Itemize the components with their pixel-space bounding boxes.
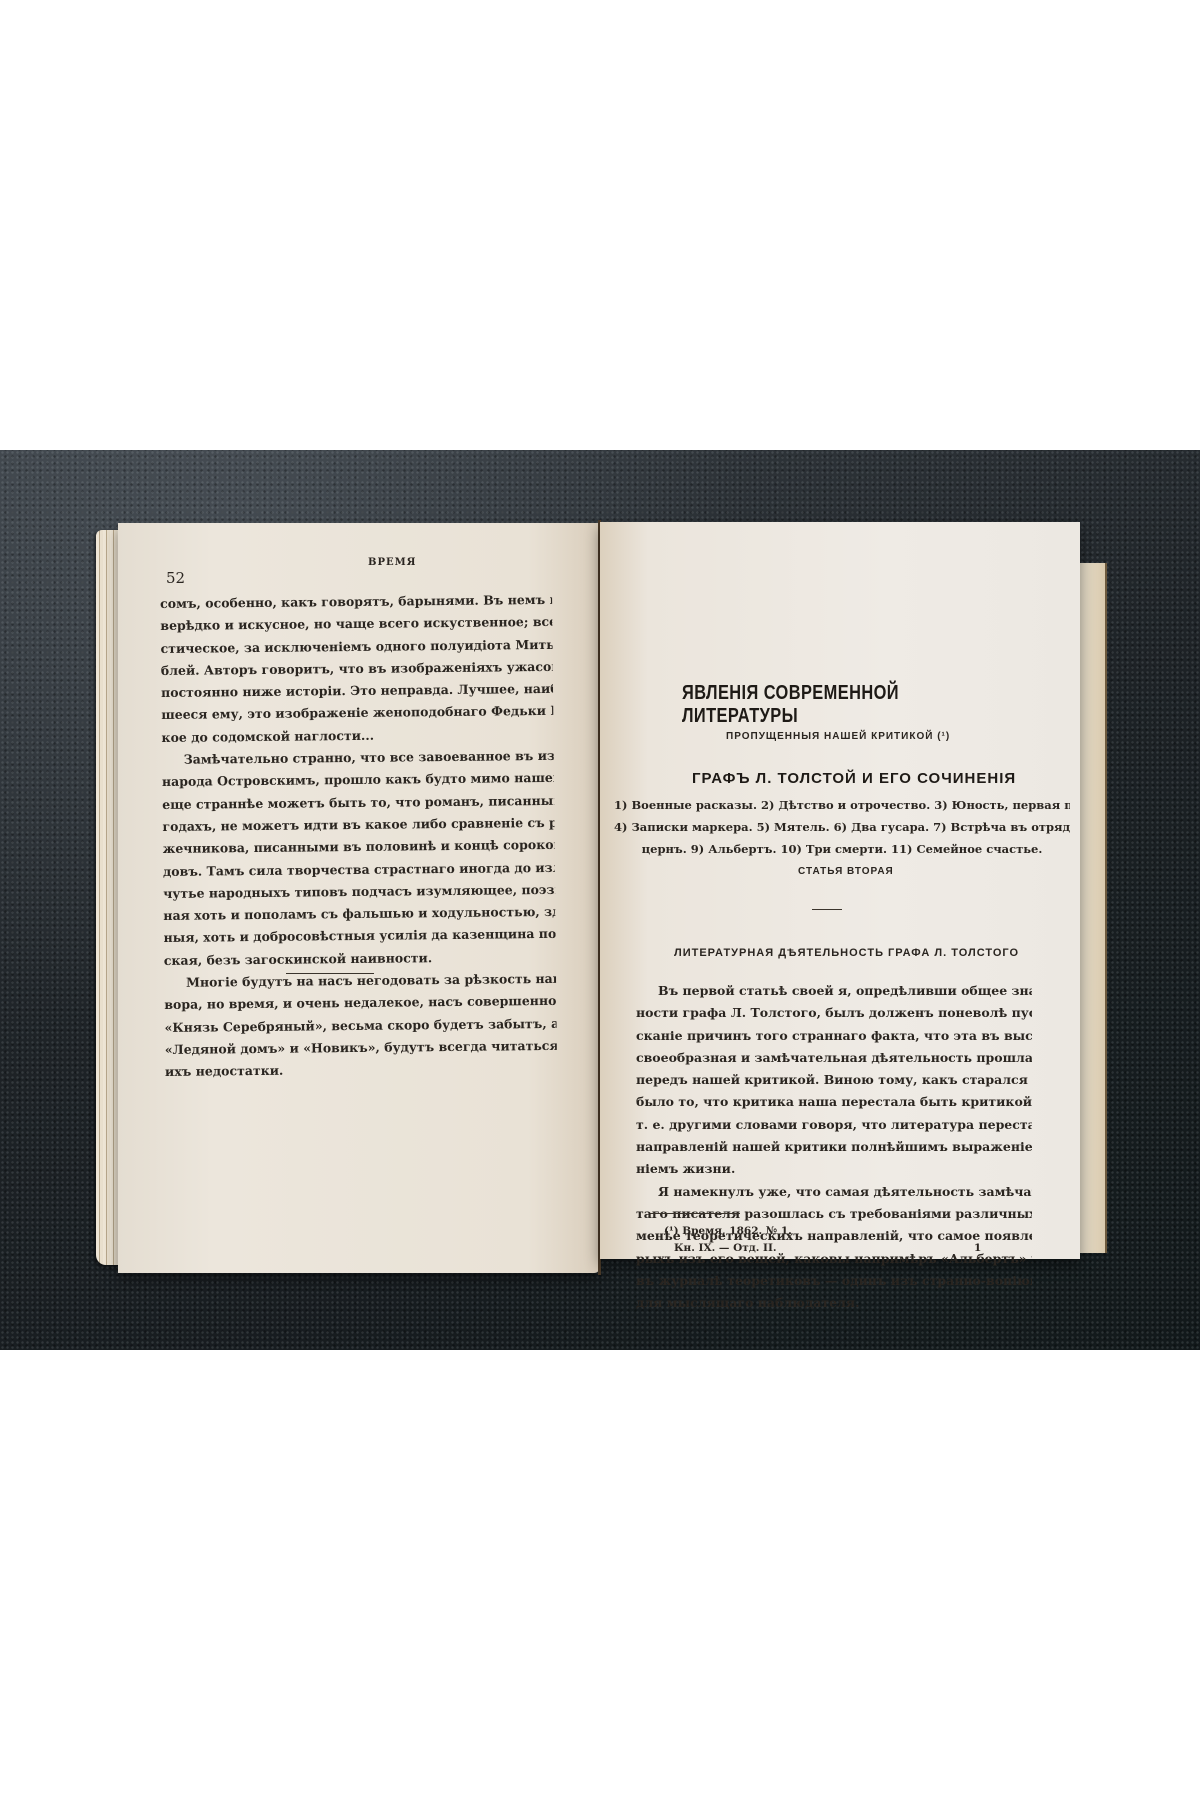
signature-line: Кн. IX. — Отд. II. — [674, 1242, 777, 1254]
text-line: передъ нашей критикой. Виною тому, какъ … — [636, 1069, 1032, 1091]
right-page-edges — [1080, 563, 1107, 1253]
text-line: шееся ему, это изображеніе женоподобнаго… — [161, 700, 553, 726]
text-line: Въ первой статьѣ своей я, опредѣливши об… — [636, 980, 1032, 1002]
article-label: СТАТЬЯ ВТОРАЯ — [798, 866, 894, 877]
paragraph-1: Въ первой статьѣ своей я, опредѣливши об… — [636, 980, 1032, 1181]
footnote-rule — [650, 1213, 740, 1214]
text-line: своеобразная и замѣчательная дѣятельност… — [636, 1047, 1032, 1069]
left-page: 52 ВРЕМЯ сомъ, особенно, какъ говорятъ, … — [118, 523, 600, 1273]
article-title: ЯВЛЕНІЯ СОВРЕМЕННОЙ ЛИТЕРАТУРЫ — [682, 682, 977, 728]
section-rule — [812, 909, 842, 910]
works-list-line: 1) Военные расказы. 2) Дѣтство и отрочес… — [614, 794, 1070, 816]
page-number: 52 — [166, 569, 185, 587]
works-list-line: 4) Записки маркера. 5) Мятель. 6) Два гу… — [614, 816, 1070, 838]
text-line: ихъ недостатки. — [165, 1057, 557, 1083]
article-subtitle: ПРОПУЩЕННЫЯ НАШЕЙ КРИТИКОЙ (¹) — [726, 731, 950, 742]
running-head: ВРЕМЯ — [368, 557, 416, 568]
right-page-body: Въ первой статьѣ своей я, опредѣливши об… — [636, 980, 1032, 1314]
text-line: ніемъ жизни. — [636, 1158, 1032, 1180]
footnote: (¹) Время, 1862. № 1. — [664, 1225, 792, 1237]
text-line: т. е. другими словами говоря, что литера… — [636, 1114, 1032, 1136]
works-list-line: цернъ. 9) Альбертъ. 10) Три смерти. 11) … — [614, 838, 1070, 860]
right-page: ЯВЛЕНІЯ СОВРЕМЕННОЙ ЛИТЕРАТУРЫ ПРОПУЩЕНН… — [600, 522, 1080, 1259]
text-line: Я намекнулъ уже, что самая дѣятельность … — [636, 1181, 1032, 1203]
signature-mark: 1 — [974, 1242, 981, 1254]
text-line: въ журналѣ теоретиковъ — одинъ изъ стран… — [636, 1270, 1032, 1292]
end-rule — [286, 973, 374, 974]
text-line: для мыслящаго наблюдателя. — [636, 1292, 1032, 1314]
text-line: ности графа Л. Толстого, былъ долженъ по… — [636, 1002, 1032, 1024]
text-line: было то, что критика наша перестала быть… — [636, 1091, 1032, 1113]
text-line: направленій нашей критики полнѣйшимъ выр… — [636, 1136, 1032, 1158]
section-heading: ЛИТЕРАТУРНАЯ ДѢЯТЕЛЬНОСТЬ ГРАФА Л. ТОЛСТ… — [674, 947, 1019, 959]
works-list: 1) Военные расказы. 2) Дѣтство и отрочес… — [614, 794, 1070, 860]
paragraph-3: Многіе будутъ на насъ негодовать за рѣзк… — [164, 968, 557, 1084]
text-line: сканіе причинъ того страннаго факта, что… — [636, 1025, 1032, 1047]
left-page-body: сомъ, особенно, какъ говорятъ, барынями.… — [160, 589, 557, 1084]
text-line: ныя, хоть и добросовѣстныя усилія да каз… — [164, 923, 556, 949]
paragraph-2: Замѣчательно странно, что все завоеванно… — [162, 745, 556, 972]
article-heading: ГРАФЪ Л. ТОЛСТОЙ И ЕГО СОЧИНЕНІЯ — [692, 770, 1016, 787]
text-line: «Ледяной домъ» и «Новикъ», будутъ всегда… — [165, 1035, 557, 1061]
text-line: таго писателя разошлась съ требованіями … — [636, 1203, 1032, 1225]
paragraph-1: сомъ, особенно, какъ говорятъ, барынями.… — [160, 589, 554, 749]
